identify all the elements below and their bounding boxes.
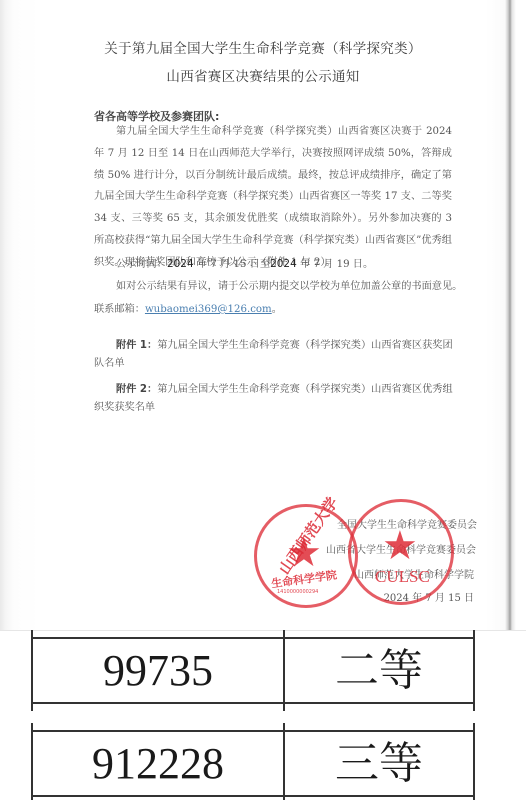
team-id-cell: 99735 [33,639,283,702]
competition-seal: ★ CULSC [348,499,454,605]
table-border [473,630,475,711]
seal1-code: 1410000000294 [277,589,318,595]
document-title-line2: 山西省赛区决赛结果的公示通知 [0,65,526,85]
table-border [473,723,475,800]
publicity-start-rest: 年 7 月 15 日至 [194,259,270,270]
attachment-1: 附件 1：第九届全国大学生生命科学竞赛（科学探究类）山西省赛区获奖团队名单 [94,337,456,373]
contact-email-link[interactable]: wubaomei369@126.com [145,304,272,315]
university-seal: ★ 山西师范大学 生命科学学院 1410000000294 [254,504,358,608]
publicity-label: 公示时间： [116,259,167,270]
attachment-2-label: 附件 2： [116,384,157,395]
document-title-line1: 关于第九届全国大学生生命科学竞赛（科学探究类） [0,37,526,57]
objection-note: 如对公示结果有异议，请于公示期内提交以学校为单位加盖公章的书面意见。 [116,276,476,298]
publicity-period: 公示时间：2024 年 7 月 15 日至2024 年 7 月 19 日。 [116,254,456,276]
seal2-label: CULSC [375,567,430,587]
main-paragraph: 第九届全国大学生生命科学竞赛（科学探究类）山西省赛区决赛于 2024 年 7 月… [94,121,452,274]
team-id-cell: 912228 [33,732,283,795]
contact-label: 联系邮箱： [94,304,145,315]
publicity-end-rest: 年 7 月 19 日。 [297,259,373,270]
notice-document-page: 关于第九届全国大学生生命科学竞赛（科学探究类） 山西省赛区决赛结果的公示通知 省… [0,0,526,631]
table-row: 99735 二等 [33,637,475,704]
publicity-end-year: 2024 [270,258,297,270]
attachment-2: 附件 2：第九届全国大学生生命科学竞赛（科学探究类）山西省赛区优秀组织奖获奖名单 [94,381,456,417]
attachment-1-label: 附件 1： [116,340,157,351]
contact-suffix: 。 [272,304,282,315]
contact-line: 联系邮箱：wubaomei369@126.com。 [94,299,452,321]
award-grade-cell: 二等 [285,639,473,702]
seal-star-icon: ★ [382,526,418,566]
award-grade-cell: 三等 [285,732,473,795]
publicity-start-year: 2024 [167,258,194,270]
table-row: 912228 三等 [33,730,475,797]
